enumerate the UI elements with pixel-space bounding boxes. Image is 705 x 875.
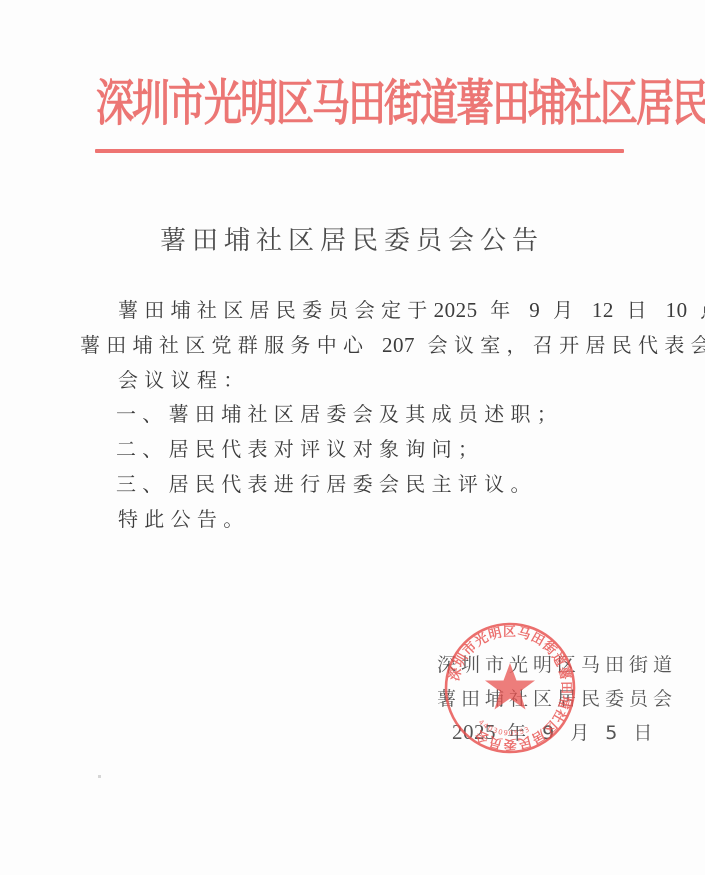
year-unit: 年 — [490, 298, 516, 322]
meeting-day: 12 — [592, 298, 614, 322]
paragraph-text: 薯田埔社区居民委员会定于 — [118, 298, 434, 322]
notice-title: 薯田埔社区居民委员会公告 — [160, 220, 540, 257]
venue-text: 薯田埔社区党群服务中心 — [80, 333, 369, 357]
official-seal: 深圳市光明区马田街道薯田埔社区居民委员会 4403090553 — [443, 621, 577, 755]
agenda-item-3: 三、居民代表进行居委会民主评议。 — [116, 471, 537, 497]
letterhead-red-divider — [95, 149, 624, 153]
day-unit: 日 — [627, 298, 653, 322]
star-icon — [485, 663, 535, 710]
paragraph-line-1: 薯田埔社区居民委员会定于2025 年 9 月 12 日 10 点，在 — [118, 297, 705, 323]
agenda-item-1: 一、薯田埔社区居委会及其成员述职； — [116, 401, 563, 427]
meeting-month: 9 — [529, 298, 540, 322]
paragraph-text-end: 会议室，召开居民代表会议。 — [428, 333, 705, 357]
meeting-year: 2025 — [434, 298, 478, 322]
agenda-item-2: 二、居民代表对评议对象询问； — [116, 436, 484, 462]
letterhead-organization-name: 深圳市光明区马田街道薯田埔社区居民委员会 — [96, 58, 626, 149]
room-number: 207 — [382, 333, 415, 357]
paragraph-line-2: 薯田埔社区党群服务中心 207 会议室，召开居民代表会议。 — [80, 332, 705, 358]
notice-document: 深圳市光明区马田街道薯田埔社区居民委员会 薯田埔社区居民委员会公告 薯田埔社区居… — [0, 0, 705, 875]
meeting-hour: 10 — [666, 298, 688, 322]
scan-artifact — [98, 775, 101, 778]
closing-line: 特此公告。 — [118, 506, 250, 532]
month-unit: 月 — [553, 298, 579, 322]
agenda-heading: 会议议程： — [118, 367, 250, 393]
hour-unit: 点，在 — [700, 298, 705, 322]
